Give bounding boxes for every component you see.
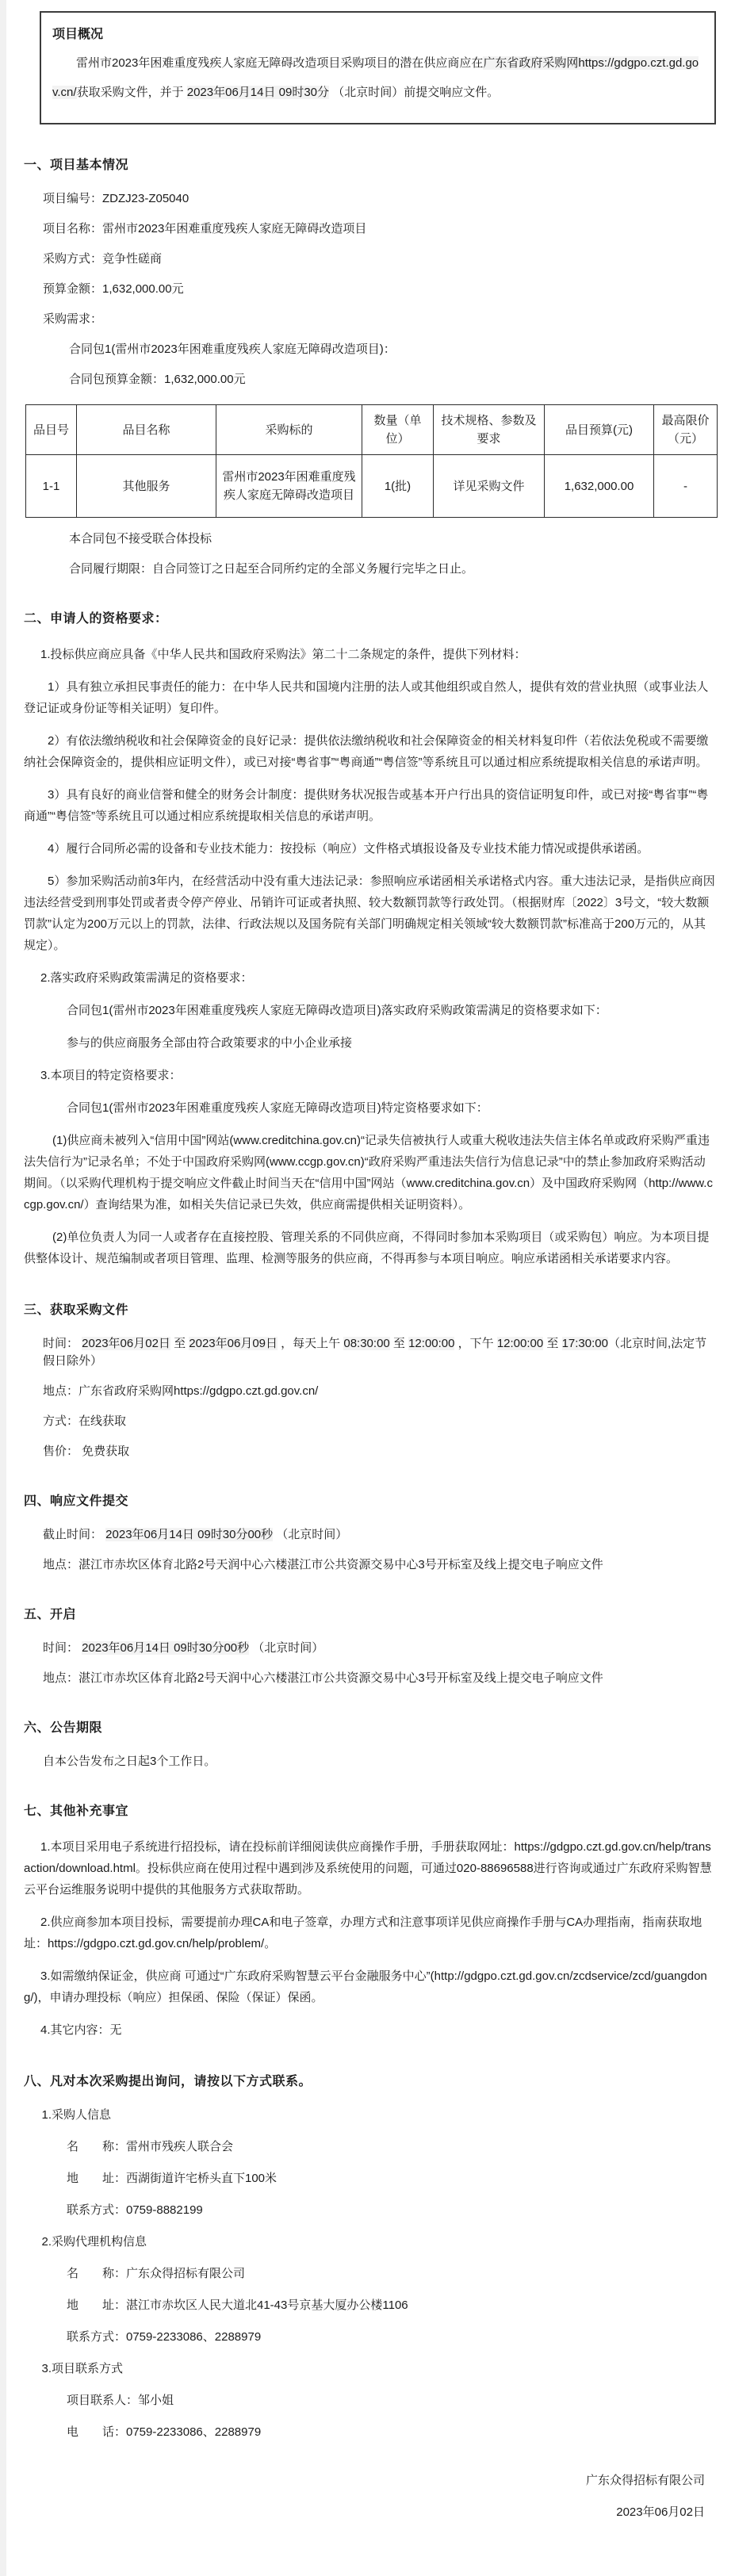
submission-deadline: 截止时间： 2023年06月14日 09时30分00秒 （北京时间）	[24, 1526, 716, 1544]
other-paragraph: 4.其它内容：无	[24, 2019, 716, 2041]
qualification-paragraph: 合同包1(雷州市2023年困难重度残疾人家庭无障碍改造项目)特定资格要求如下：	[24, 1097, 716, 1119]
contract-period-note: 合同履行期限：自合同签订之日起至合同所约定的全部义务履行完毕之日止。	[24, 561, 716, 578]
qualification-paragraph: 3）具有良好的商业信誉和健全的财务会计制度：提供财务状况报告或基本开户行出具的资…	[24, 784, 716, 827]
purchaser-phone: 联系方式：0759-8882199	[24, 2202, 716, 2219]
procurement-items-table: 品目号 品目名称 采购标的 数量（单位） 技术规格、参数及要求 品目预算(元) …	[25, 404, 718, 518]
text-segment: 雷州市2023年困难重度残疾人家庭无障碍改造项目采购项目的潜在供应商应在	[76, 56, 483, 70]
qualification-paragraph: 1）具有独立承担民事责任的能力：在中华人民共和国境内注册的法人或其他组织或自然人…	[24, 676, 716, 719]
highlighted-value: 08:30:00	[343, 1337, 389, 1350]
cell-max-price: -	[654, 455, 718, 518]
text-segment: （北京时间）	[249, 1641, 323, 1655]
qualification-paragraph: 合同包1(雷州市2023年困难重度残疾人家庭无障碍改造项目)落实政府采购政策需满…	[24, 1000, 716, 1021]
highlighted-value: 2023年06月14日 09时30分00秒	[105, 1528, 273, 1541]
qualification-paragraph: 5）参加采购活动前3年内，在经营活动中没有重大违法记录：参照响应承诺函相关承诺格…	[24, 871, 716, 956]
highlighted-value: 17:30:00	[562, 1337, 608, 1350]
text-segment: （北京时间）	[273, 1528, 347, 1541]
agency-address: 地 址：湛江市赤坎区人民大道北41-43号京基大厦办公楼1106	[24, 2297, 716, 2314]
project-overview-box: 项目概况 雷州市2023年困难重度残疾人家庭无障碍改造项目采购项目的潜在供应商应…	[40, 11, 716, 124]
text-segment: ，下午	[454, 1337, 496, 1350]
signature-date: 2023年06月02日	[24, 2497, 705, 2528]
text-segment: 至	[543, 1337, 561, 1350]
highlighted-value: 2023年06月09日	[189, 1337, 278, 1350]
contract-package-budget: 合同包预算金额：1,632,000.00元	[24, 371, 716, 389]
contract-package-title: 合同包1(雷州市2023年困难重度残疾人家庭无障碍改造项目)：	[24, 341, 716, 358]
agency-name: 名 称：广东众得招标有限公司	[24, 2265, 716, 2283]
text-segment: 至	[390, 1337, 408, 1350]
cell-item-name: 其他服务	[77, 455, 216, 518]
project-contact-person: 项目联系人：邹小姐	[24, 2392, 716, 2409]
section-heading-qualification: 二、申请人的资格要求：	[24, 608, 716, 626]
overview-title: 项目概况	[52, 24, 700, 42]
highlighted-value: 2023年06月14日 09时30分	[187, 86, 329, 99]
announcement-period-text: 自本公告发布之日起3个工作日。	[24, 1753, 716, 1770]
purchaser-info-title: 1.采购人信息	[24, 2107, 716, 2124]
signature-block: 广东众得招标有限公司 2023年06月02日	[24, 2465, 716, 2528]
col-item-name: 品目名称	[77, 405, 216, 455]
project-contact-phone: 电 话：0759-2233086、2288979	[24, 2424, 716, 2441]
qualification-paragraph: 4）履行合同所必需的设备和专业技术能力：按投标（响应）文件格式填报设备及专业技术…	[24, 838, 716, 859]
project-number: 项目编号：ZDZJ23-Z05040	[24, 190, 716, 208]
section-heading-contact: 八、凡对本次采购提出询问，请按以下方式联系。	[24, 2071, 716, 2089]
section-heading-obtain-documents: 三、获取采购文件	[24, 1299, 716, 1318]
qualification-paragraph: 2.落实政府采购政策需满足的资格要求：	[24, 967, 716, 989]
overview-intro-paragraph: 雷州市2023年困难重度残疾人家庭无障碍改造项目采购项目的潜在供应商应在广东省政…	[52, 48, 700, 107]
table-row: 1-1 其他服务 雷州市2023年困难重度残疾人家庭无障碍改造项目 1(批) 详…	[26, 455, 718, 518]
agency-info-title: 2.采购代理机构信息	[24, 2233, 716, 2251]
col-quantity: 数量（单位）	[362, 405, 434, 455]
other-paragraph: 2.供应商参加本项目投标，需要提前办理CA和电子签章，办理方式和注意事项详见供应…	[24, 1912, 716, 1954]
table-header-row: 品目号 品目名称 采购标的 数量（单位） 技术规格、参数及要求 品目预算(元) …	[26, 405, 718, 455]
qualification-paragraph: (2)单位负责人为同一人或者存在直接控股、管理关系的不同供应商，不得同时参加本采…	[24, 1227, 716, 1269]
text-segment: 截止时间：	[43, 1528, 105, 1541]
text-segment: 时间：	[43, 1641, 82, 1655]
budget-amount: 预算金额：1,632,000.00元	[24, 281, 716, 298]
col-max-price: 最高限价（元）	[654, 405, 718, 455]
section-heading-other-matters: 七、其他补充事宜	[24, 1801, 716, 1819]
qualification-paragraph: (1)供应商未被列入“信用中国”网站(www.creditchina.gov.c…	[24, 1130, 716, 1215]
col-item-budget: 品目预算(元)	[545, 405, 654, 455]
obtain-time: 时间： 2023年06月02日 至 2023年06月09日 ，每天上午 08:3…	[24, 1335, 716, 1370]
highlighted-value: 2023年06月02日	[82, 1337, 170, 1350]
highlighted-value: 12:00:00	[497, 1337, 543, 1350]
obtain-method: 方式：在线获取	[24, 1413, 716, 1430]
text-segment: ，每天上午	[278, 1337, 343, 1350]
text-segment: 获取采购文件，并于	[77, 86, 187, 99]
cell-tech-spec: 详见采购文件	[434, 455, 545, 518]
qualification-paragraph: 参与的供应商服务全部由符合政策要求的中小企业承接	[24, 1032, 716, 1054]
col-tech-spec: 技术规格、参数及要求	[434, 405, 545, 455]
cell-item-budget: 1,632,000.00	[545, 455, 654, 518]
text-segment: 时间：	[43, 1337, 82, 1350]
procurement-method: 采购方式：竞争性磋商	[24, 251, 716, 268]
submission-location: 地点：湛江市赤坎区体育北路2号天润中心六楼湛江市公共资源交易中心3号开标室及线上…	[24, 1556, 716, 1574]
purchaser-name: 名 称：雷州市残疾人联合会	[24, 2138, 716, 2156]
project-contact-title: 3.项目联系方式	[24, 2360, 716, 2378]
opening-time: 时间： 2023年06月14日 09时30分00秒 （北京时间）	[24, 1640, 716, 1657]
agency-phone: 联系方式：0759-2233086、2288979	[24, 2329, 716, 2346]
section-heading-basic-info: 一、项目基本情况	[24, 155, 716, 173]
cell-quantity: 1(批)	[362, 455, 434, 518]
obtain-location: 地点：广东省政府采购网https://gdgpo.czt.gd.gov.cn/	[24, 1383, 716, 1400]
procurement-demand-label: 采购需求：	[24, 311, 716, 328]
highlighted-value: 12:00:00	[408, 1337, 454, 1350]
purchaser-address: 地 址：西湖街道许宅桥头直下100米	[24, 2170, 716, 2187]
col-subject: 采购标的	[216, 405, 362, 455]
opening-location: 地点：湛江市赤坎区体育北路2号天润中心六楼湛江市公共资源交易中心3号开标室及线上…	[24, 1670, 716, 1687]
page-left-gutter	[0, 0, 6, 2576]
qualification-paragraph: 1.投标供应商应具备《中华人民共和国政府采购法》第二十二条规定的条件，提供下列材…	[24, 644, 716, 665]
col-item-no: 品目号	[26, 405, 77, 455]
section-heading-response-submission: 四、响应文件提交	[24, 1491, 716, 1509]
signature-company: 广东众得招标有限公司	[24, 2465, 705, 2497]
other-paragraph: 1.本项目采用电子系统进行招投标，请在投标前详细阅读供应商操作手册，手册获取网址…	[24, 1836, 716, 1900]
section-heading-announcement-period: 六、公告期限	[24, 1717, 716, 1736]
qualification-paragraph: 2）有依法缴纳税收和社会保障资金的良好记录：提供依法缴纳税收和社会保障资金的相关…	[24, 730, 716, 773]
other-paragraph: 3.如需缴纳保证金，供应商 可通过“广东政府采购智慧云平台金融服务中心”(htt…	[24, 1965, 716, 2008]
text-segment: 至	[170, 1337, 189, 1350]
procurement-announcement: 项目概况 雷州市2023年困难重度残疾人家庭无障碍改造项目采购项目的潜在供应商应…	[0, 0, 735, 2576]
highlighted-value: 2023年06月14日 09时30分00秒	[82, 1641, 249, 1655]
qualification-paragraph: 3.本项目的特定资格要求：	[24, 1065, 716, 1086]
cell-subject: 雷州市2023年困难重度残疾人家庭无障碍改造项目	[216, 455, 362, 518]
project-name: 项目名称：雷州市2023年困难重度残疾人家庭无障碍改造项目	[24, 220, 716, 238]
no-consortium-note: 本合同包不接受联合体投标	[24, 530, 716, 548]
text-segment: （北京时间）前提交响应文件。	[329, 86, 499, 99]
obtain-price: 售价： 免费获取	[24, 1443, 716, 1460]
cell-item-no: 1-1	[26, 455, 77, 518]
section-heading-opening: 五、开启	[24, 1604, 716, 1622]
